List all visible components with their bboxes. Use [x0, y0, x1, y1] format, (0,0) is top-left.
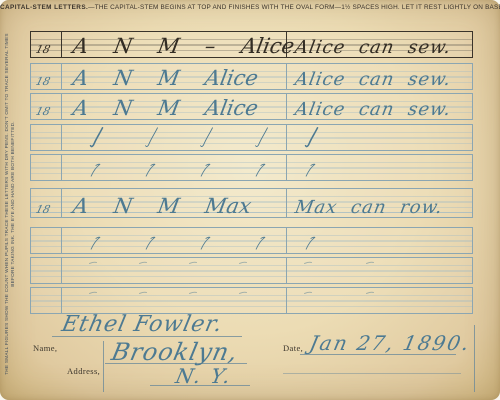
tick-stroke-mark	[254, 236, 267, 250]
margin-note-line2: BEFORE TAKING INK. THE EYE AND HAND ARE …	[10, 20, 16, 388]
faint-stroke-mark	[239, 261, 247, 265]
sentence-cell	[286, 155, 472, 180]
count-cell	[31, 288, 62, 313]
header-title: CAPITAL-STEM LETTERS.	[0, 4, 88, 11]
worksheet-header: CAPITAL-STEM LETTERS.—THE CAPITAL-STEM B…	[0, 4, 500, 11]
stem-stroke-mark	[144, 126, 160, 148]
faint-stroke-mark	[189, 291, 197, 295]
tick-stroke-mark	[304, 236, 317, 250]
tick-stroke-mark	[144, 163, 157, 177]
address-state-script: N. Y.	[174, 366, 234, 386]
letters-cell	[61, 228, 287, 253]
trace-count: 18	[34, 105, 51, 118]
name-script: Ethel Fowler.	[60, 314, 225, 336]
faint-stroke-mark	[239, 291, 247, 295]
date-line-2	[283, 373, 461, 374]
sentence-script: Alice can sew.	[293, 101, 452, 119]
letters-cell	[61, 288, 287, 313]
practice-row: 18 A N M Max Max can row.	[30, 188, 473, 218]
practice-row	[30, 227, 473, 254]
sentence-cell: Alice can sew.	[286, 32, 472, 57]
capital-letters-script: A N M – Alice	[71, 36, 296, 57]
faint-stroke-mark	[89, 261, 97, 265]
sentence-cell	[286, 288, 472, 313]
faint-stroke-mark	[366, 261, 374, 265]
capital-letters-script: A N M Alice	[71, 68, 260, 89]
practice-row: 18 A N M – Alice Alice can sew.	[30, 31, 473, 58]
practice-grid: 18 A N M – Alice Alice can sew. 18 A N M…	[30, 31, 473, 318]
trace-count: 18	[34, 43, 51, 56]
letters-cell	[61, 258, 287, 283]
stem-stroke-mark	[254, 126, 270, 148]
practice-row	[30, 154, 473, 181]
letters-cell: A N M Max	[61, 189, 287, 217]
sentence-cell: Alice can sew.	[286, 94, 472, 119]
scanned-worksheet: CAPITAL-STEM LETTERS.—THE CAPITAL-STEM B…	[0, 0, 500, 400]
sentence-cell	[286, 228, 472, 253]
sentence-cell: Max can row.	[286, 189, 472, 217]
header-instructions: —THE CAPITAL-STEM BEGINS AT TOP AND FINI…	[88, 4, 500, 11]
footer-right-border	[474, 325, 475, 392]
stem-stroke-mark	[304, 126, 320, 148]
sentence-script: Alice can sew.	[293, 71, 452, 89]
count-cell	[31, 228, 62, 253]
address-bracket-line	[103, 341, 104, 392]
tick-stroke-mark	[304, 163, 317, 177]
count-cell: 18	[31, 94, 62, 119]
tick-stroke-mark	[89, 163, 102, 177]
trace-count: 18	[34, 75, 51, 88]
sentence-script: Max can row.	[293, 199, 444, 217]
tick-stroke-mark	[199, 236, 212, 250]
faint-stroke-mark	[89, 291, 97, 295]
sentence-script: Alice can sew.	[293, 39, 452, 57]
margin-note: THE SMALL FIGURES SHOW THE COUNT WHEN PU…	[4, 20, 16, 388]
count-cell: 18	[31, 32, 62, 57]
capital-letters-script: A N M Alice	[71, 98, 260, 119]
stem-stroke-mark	[89, 126, 105, 148]
capital-letters-script: A N M Max	[71, 196, 253, 217]
date-script: Jan 27, 1890.	[308, 333, 473, 353]
tick-stroke-mark	[254, 163, 267, 177]
count-cell: 18	[31, 189, 62, 217]
count-cell	[31, 258, 62, 283]
date-label: Date,	[283, 343, 303, 353]
stem-stroke-mark	[199, 126, 215, 148]
faint-stroke-mark	[304, 291, 312, 295]
tick-stroke-mark	[144, 236, 157, 250]
count-cell	[31, 155, 62, 180]
faint-stroke-mark	[139, 291, 147, 295]
practice-row	[30, 287, 473, 314]
letters-cell: A N M Alice	[61, 94, 287, 119]
sentence-cell	[286, 125, 472, 150]
sentence-cell	[286, 258, 472, 283]
letters-cell	[61, 155, 287, 180]
sentence-cell: Alice can sew.	[286, 64, 472, 89]
count-cell: 18	[31, 64, 62, 89]
name-label: Name,	[33, 343, 57, 353]
count-cell	[31, 125, 62, 150]
tick-stroke-mark	[89, 236, 102, 250]
faint-stroke-mark	[139, 261, 147, 265]
trace-count: 18	[34, 203, 51, 216]
practice-row	[30, 257, 473, 284]
letters-cell: A N M Alice	[61, 64, 287, 89]
practice-row: 18 A N M Alice Alice can sew.	[30, 63, 473, 90]
address-label: Address,	[67, 366, 100, 376]
practice-row	[30, 124, 473, 151]
address-city-script: Brooklyn,	[109, 340, 240, 364]
faint-stroke-mark	[366, 291, 374, 295]
tick-stroke-mark	[199, 163, 212, 177]
practice-row: 18 A N M Alice Alice can sew.	[30, 93, 473, 120]
faint-stroke-mark	[189, 261, 197, 265]
faint-stroke-mark	[304, 261, 312, 265]
letters-cell: A N M – Alice	[61, 32, 287, 57]
letters-cell	[61, 125, 287, 150]
